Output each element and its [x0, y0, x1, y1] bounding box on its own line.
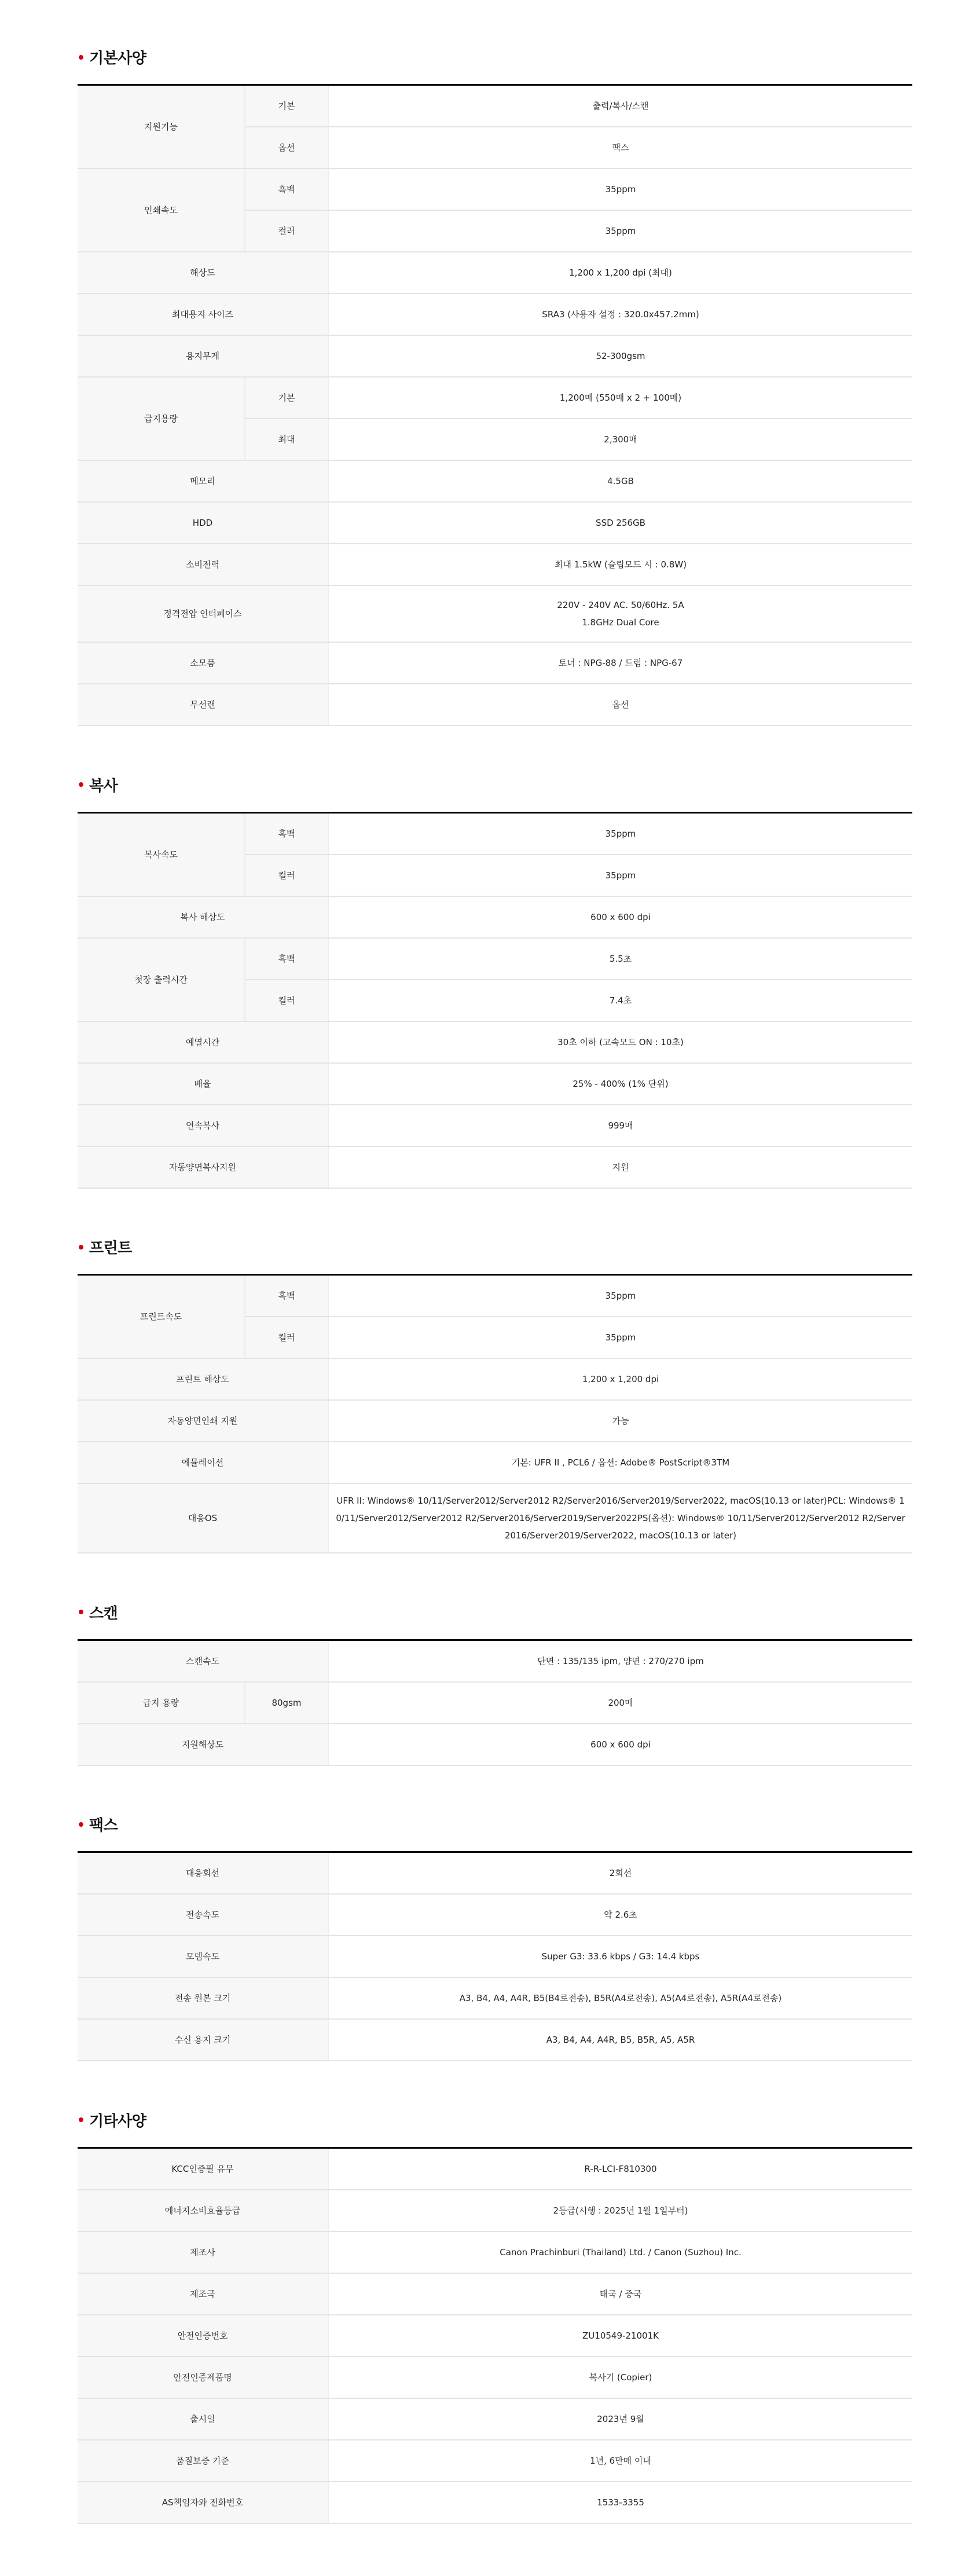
row-label: 수신 용지 크기	[78, 2019, 328, 2061]
row-label: 제조국	[78, 2273, 328, 2315]
section-title: 스캔	[78, 1597, 912, 1626]
table-row: 제조사 Canon Prachinburi (Thailand) Ltd. / …	[78, 2231, 912, 2273]
table-row: 최대용지 사이즈 SRA3 (사용자 설정 : 320.0x457.2mm)	[78, 294, 912, 335]
table-row: 소비전력 최대 1.5kW (슬립모드 시 : 0.8W)	[78, 544, 912, 585]
row-value: 52-300gsm	[328, 335, 912, 377]
section-basic-specs: 기본사양 지원기능 기본 출력/복사/스캔 옵션 팩스 인쇄속도 흑백 35pp…	[78, 43, 912, 727]
row-label: 전송속도	[78, 1894, 328, 1936]
row-value: 25% - 400% (1% 단위)	[328, 1063, 912, 1105]
row-sub-label: 컬러	[245, 980, 328, 1021]
row-label: 자동양면복사지원	[78, 1146, 328, 1188]
spec-table: 프린트속도 흑백 35ppm 컬러 35ppm 프린트 해상도 1,200 x …	[78, 1274, 912, 1553]
row-value: 200매	[328, 1682, 912, 1724]
table-row: 제조국 태국 / 중국	[78, 2273, 912, 2315]
row-label: 소모품	[78, 642, 328, 684]
row-group-label: 프린트속도	[78, 1275, 245, 1359]
row-label: 용지무게	[78, 335, 328, 377]
row-label: 품질보증 기준	[78, 2440, 328, 2482]
row-value: 단면 : 135/135 ipm, 양면 : 270/270 ipm	[328, 1640, 912, 1682]
row-value: 지원	[328, 1146, 912, 1188]
row-label: 소비전력	[78, 544, 328, 585]
row-label: 대응OS	[78, 1483, 328, 1553]
table-row: 연속복사 999매	[78, 1105, 912, 1146]
table-row: KCC인증필 유무 R-R-LCI-F810300	[78, 2148, 912, 2190]
row-value: 최대 1.5kW (슬립모드 시 : 0.8W)	[328, 544, 912, 585]
table-row: 지원해상도 600 x 600 dpi	[78, 1724, 912, 1765]
table-row: 배율 25% - 400% (1% 단위)	[78, 1063, 912, 1105]
table-row: 복사 해상도 600 x 600 dpi	[78, 896, 912, 938]
row-value: 30초 이하 (고속모드 ON : 10초)	[328, 1021, 912, 1063]
table-row: AS책임자와 전화번호 1533-3355	[78, 2482, 912, 2523]
row-group-label: 급지용량	[78, 377, 245, 460]
row-label: 제조사	[78, 2231, 328, 2273]
bullet-dot-icon	[79, 1610, 83, 1614]
row-label: 연속복사	[78, 1105, 328, 1146]
row-value: 가능	[328, 1400, 912, 1442]
section-other-specs: 기타사양 KCC인증필 유무 R-R-LCI-F810300 에너지소비효율등급…	[78, 2105, 912, 2524]
row-value: 2등급(시행 : 2025년 1월 1일부터)	[328, 2190, 912, 2231]
table-row: 용지무게 52-300gsm	[78, 335, 912, 377]
row-value: 35ppm	[328, 168, 912, 210]
row-value: 팩스	[328, 127, 912, 168]
section-title: 프린트	[78, 1233, 912, 1262]
row-label: 배율	[78, 1063, 328, 1105]
row-label: 에너지소비효율등급	[78, 2190, 328, 2231]
row-group-label: 급지 용량	[78, 1682, 245, 1724]
row-value: SRA3 (사용자 설정 : 320.0x457.2mm)	[328, 294, 912, 335]
section-title-text: 스캔	[89, 1602, 118, 1623]
row-label-line: 정격전압	[163, 609, 197, 619]
row-label: 예열시간	[78, 1021, 328, 1063]
row-value: 복사기 (Copier)	[328, 2357, 912, 2398]
table-row: 안전인증제품명 복사기 (Copier)	[78, 2357, 912, 2398]
row-label: 안전인증제품명	[78, 2357, 328, 2398]
row-sub-label: 기본	[245, 85, 328, 127]
table-row: 인쇄속도 흑백 35ppm	[78, 168, 912, 210]
section-title-text: 프린트	[89, 1236, 132, 1258]
section-fax: 팩스 대응회선 2회선 전송속도 약 2.6초 모뎀속도 Super G3: 3…	[78, 1810, 912, 2062]
row-value: 출력/복사/스캔	[328, 85, 912, 127]
section-title: 팩스	[78, 1810, 912, 1839]
row-value: 2회선	[328, 1852, 912, 1895]
bullet-dot-icon	[79, 1245, 83, 1249]
table-row: 지원기능 기본 출력/복사/스캔	[78, 85, 912, 127]
row-value: 7.4초	[328, 980, 912, 1021]
table-row: 수신 용지 크기 A3, B4, A4, A4R, B5, B5R, A5, A…	[78, 2019, 912, 2061]
table-row: 전송속도 약 2.6초	[78, 1894, 912, 1936]
section-title-text: 팩스	[89, 1813, 118, 1835]
row-value-line: 220V - 240V AC. 50/60Hz. 5A	[335, 596, 907, 614]
row-sub-label: 컬러	[245, 210, 328, 252]
table-row: 프린트속도 흑백 35ppm	[78, 1275, 912, 1317]
row-value: 1533-3355	[328, 2482, 912, 2523]
spec-table: 복사속도 흑백 35ppm 컬러 35ppm 복사 해상도 600 x 600 …	[78, 812, 912, 1189]
row-value: 1,200 x 1,200 dpi	[328, 1358, 912, 1400]
row-label: 자동양면인쇄 지원	[78, 1400, 328, 1442]
row-label: 복사 해상도	[78, 896, 328, 938]
section-title-text: 복사	[89, 774, 118, 796]
spec-table: 대응회선 2회선 전송속도 약 2.6초 모뎀속도 Super G3: 33.6…	[78, 1851, 912, 2061]
row-value: 2023년 9월	[328, 2398, 912, 2440]
row-value: A3, B4, A4, A4R, B5(B4로전송), B5R(A4로전송), …	[328, 1977, 912, 2019]
table-row: 스캔속도 단면 : 135/135 ipm, 양면 : 270/270 ipm	[78, 1640, 912, 1682]
row-value: 999매	[328, 1105, 912, 1146]
row-value: ZU10549-21001K	[328, 2315, 912, 2357]
row-sub-label: 컬러	[245, 1317, 328, 1358]
section-copy: 복사 복사속도 흑백 35ppm 컬러 35ppm 복사 해상도 600 x 6…	[78, 770, 912, 1189]
row-label: 최대용지 사이즈	[78, 294, 328, 335]
row-value: Canon Prachinburi (Thailand) Ltd. / Cano…	[328, 2231, 912, 2273]
table-row: 급지용량 기본 1,200매 (550매 x 2 + 100매)	[78, 377, 912, 419]
section-title-text: 기본사양	[89, 46, 146, 68]
bullet-dot-icon	[79, 782, 83, 787]
row-label: AS책임자와 전화번호	[78, 2482, 328, 2523]
row-value: 35ppm	[328, 210, 912, 252]
row-value: 1년, 6만매 이내	[328, 2440, 912, 2482]
table-row: 프린트 해상도 1,200 x 1,200 dpi	[78, 1358, 912, 1400]
row-value: 기본: UFR II , PCL6 / 옵션: Adobe® PostScrip…	[328, 1442, 912, 1483]
table-row: 안전인증번호 ZU10549-21001K	[78, 2315, 912, 2357]
row-label-line: 인터페이스	[200, 609, 241, 619]
row-label: 전송 원본 크기	[78, 1977, 328, 2019]
row-value: R-R-LCI-F810300	[328, 2148, 912, 2190]
row-value: A3, B4, A4, A4R, B5, B5R, A5, A5R	[328, 2019, 912, 2061]
table-row: 메모리 4.5GB	[78, 460, 912, 502]
row-label: 모뎀속도	[78, 1936, 328, 1977]
section-title: 복사	[78, 770, 912, 799]
row-value: 2,300매	[328, 419, 912, 460]
section-print: 프린트 프린트속도 흑백 35ppm 컬러 35ppm 프린트 해상도 1,20…	[78, 1233, 912, 1554]
row-sub-label: 옵션	[245, 127, 328, 168]
row-sub-label: 흑백	[245, 938, 328, 980]
row-value: UFR II: Windows® 10/11/Server2012/Server…	[328, 1483, 912, 1553]
row-sub-label: 흑백	[245, 168, 328, 210]
row-label: 지원해상도	[78, 1724, 328, 1765]
table-row: 자동양면인쇄 지원 가능	[78, 1400, 912, 1442]
row-value: 5.5초	[328, 938, 912, 980]
table-row: 첫장 출력시간 흑백 5.5초	[78, 938, 912, 980]
section-title-text: 기타사양	[89, 2109, 146, 2131]
table-row: 출시일 2023년 9월	[78, 2398, 912, 2440]
row-label: 안전인증번호	[78, 2315, 328, 2357]
table-row: 전송 원본 크기 A3, B4, A4, A4R, B5(B4로전송), B5R…	[78, 1977, 912, 2019]
row-sub-label: 흑백	[245, 812, 328, 855]
row-value: Super G3: 33.6 kbps / G3: 14.4 kbps	[328, 1936, 912, 1977]
row-label: 프린트 해상도	[78, 1358, 328, 1400]
row-value: 태국 / 중국	[328, 2273, 912, 2315]
spec-page: 기본사양 지원기능 기본 출력/복사/스캔 옵션 팩스 인쇄속도 흑백 35pp…	[78, 0, 912, 2576]
row-label: 에뮬레이션	[78, 1442, 328, 1483]
table-row: 품질보증 기준 1년, 6만매 이내	[78, 2440, 912, 2482]
table-row: 예열시간 30초 이하 (고속모드 ON : 10초)	[78, 1021, 912, 1063]
table-row: 대응OS UFR II: Windows® 10/11/Server2012/S…	[78, 1483, 912, 1553]
row-label: 해상도	[78, 252, 328, 294]
row-sub-label: 최대	[245, 419, 328, 460]
row-value: SSD 256GB	[328, 502, 912, 544]
row-value: 600 x 600 dpi	[328, 1724, 912, 1765]
row-value-line: 1.8GHz Dual Core	[335, 614, 907, 631]
table-row: 자동양면복사지원 지원	[78, 1146, 912, 1188]
row-group-label: 복사속도	[78, 812, 245, 896]
row-label: 대응회선	[78, 1852, 328, 1895]
row-value: 35ppm	[328, 1317, 912, 1358]
row-label: 스캔속도	[78, 1640, 328, 1682]
row-value: 35ppm	[328, 1275, 912, 1317]
table-row: 해상도 1,200 x 1,200 dpi (최대)	[78, 252, 912, 294]
spec-table: 지원기능 기본 출력/복사/스캔 옵션 팩스 인쇄속도 흑백 35ppm 컬러 …	[78, 84, 912, 726]
row-group-label: 지원기능	[78, 85, 245, 169]
row-group-label: 인쇄속도	[78, 168, 245, 252]
row-group-label: 첫장 출력시간	[78, 938, 245, 1021]
table-row: 급지 용량 80gsm 200매	[78, 1682, 912, 1724]
row-value: 1,200 x 1,200 dpi (최대)	[328, 252, 912, 294]
row-value: 220V - 240V AC. 50/60Hz. 5A 1.8GHz Dual …	[328, 585, 912, 642]
table-row: 에너지소비효율등급 2등급(시행 : 2025년 1월 1일부터)	[78, 2190, 912, 2231]
table-row: 대응회선 2회선	[78, 1852, 912, 1895]
section-title: 기타사양	[78, 2105, 912, 2134]
row-sub-label: 흑백	[245, 1275, 328, 1317]
row-label: 출시일	[78, 2398, 328, 2440]
row-label: 정격전압 인터페이스	[78, 585, 328, 642]
row-label: KCC인증필 유무	[78, 2148, 328, 2190]
table-row: HDD SSD 256GB	[78, 502, 912, 544]
bullet-dot-icon	[79, 1822, 83, 1827]
table-row: 에뮬레이션 기본: UFR II , PCL6 / 옵션: Adobe® Pos…	[78, 1442, 912, 1483]
row-value: 옵션	[328, 684, 912, 725]
row-label: 메모리	[78, 460, 328, 502]
bullet-dot-icon	[79, 2117, 83, 2122]
row-label: HDD	[78, 502, 328, 544]
table-row: 모뎀속도 Super G3: 33.6 kbps / G3: 14.4 kbps	[78, 1936, 912, 1977]
table-row: 정격전압 인터페이스 220V - 240V AC. 50/60Hz. 5A 1…	[78, 585, 912, 642]
row-value: 4.5GB	[328, 460, 912, 502]
row-value: 35ppm	[328, 812, 912, 855]
spec-table: 스캔속도 단면 : 135/135 ipm, 양면 : 270/270 ipm …	[78, 1639, 912, 1766]
row-value: 토너 : NPG-88 / 드럼 : NPG-67	[328, 642, 912, 684]
row-value: 1,200매 (550매 x 2 + 100매)	[328, 377, 912, 419]
section-title: 기본사양	[78, 43, 912, 72]
row-value: 600 x 600 dpi	[328, 896, 912, 938]
row-sub-label: 기본	[245, 377, 328, 419]
table-row: 복사속도 흑백 35ppm	[78, 812, 912, 855]
table-row: 무선랜 옵션	[78, 684, 912, 725]
section-scan: 스캔 스캔속도 단면 : 135/135 ipm, 양면 : 270/270 i…	[78, 1597, 912, 1766]
spec-table: KCC인증필 유무 R-R-LCI-F810300 에너지소비효율등급 2등급(…	[78, 2147, 912, 2524]
row-value: 35ppm	[328, 855, 912, 896]
row-label: 무선랜	[78, 684, 328, 725]
bullet-dot-icon	[79, 55, 83, 60]
row-sub-label: 컬러	[245, 855, 328, 896]
table-row: 소모품 토너 : NPG-88 / 드럼 : NPG-67	[78, 642, 912, 684]
row-sub-label: 80gsm	[245, 1682, 328, 1724]
row-value: 약 2.6초	[328, 1894, 912, 1936]
